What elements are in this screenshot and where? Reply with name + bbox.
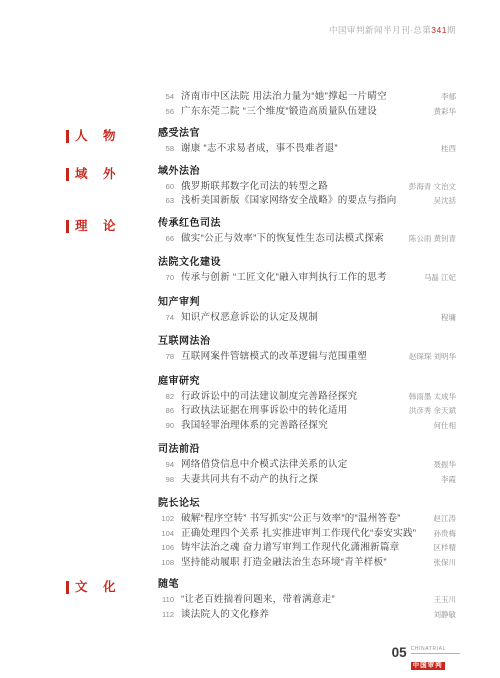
column-subhead: 院长论坛	[158, 497, 456, 510]
column-subhead: 传承红色司法	[158, 217, 456, 230]
page-number: 86	[158, 404, 174, 419]
article-title: 济南市中区法院 用法治力量为“她”撑起一片晴空	[181, 90, 387, 105]
magazine-toc-page: 中国审判新闻半月刊·总第341期 54 济南市中区法院 用法治力量为“她”撑起一…	[0, 0, 500, 678]
article-title: 夫妻共同共有不动产的执行之探	[181, 473, 318, 488]
section-people: 人 物 感受法官 58 谢康 “志不求易者成，事不畏难者退” 桂西	[66, 127, 456, 157]
page-number: 94	[158, 458, 174, 473]
toc-row: 56 广东东莞二院 “三个维度”锻造高质量队伍建设 黄彩华	[158, 105, 456, 120]
section-label-spacer	[66, 90, 158, 119]
article-title: 正确处理四个关系 扎实推进审判工作现代化“泰安实践”	[181, 527, 416, 542]
article-title: 广东东莞二院 “三个维度”锻造高质量队伍建设	[181, 105, 377, 120]
column-subhead: 知产审判	[158, 296, 456, 309]
section-overseas: 域 外 域外法治 60 俄罗斯联邦数字化司法的转型之路 彭海青 文治文 63 浅…	[66, 165, 456, 209]
section-label: 域 外	[66, 168, 121, 181]
article-title: “让老百姓揣着问题来，带着满意走”	[181, 593, 335, 608]
page-number: 58	[158, 142, 174, 157]
journal-title-text: 中国审判新闻半月刊·总第	[329, 25, 431, 35]
toc-row: 86 行政执法证据在刑事诉讼中的转化适用 洪彦秀 余天斌	[158, 404, 456, 419]
column-subhead: 域外法治	[158, 165, 456, 178]
column-subhead: 庭审研究	[158, 375, 456, 388]
article-title: 谈法院人的文化修养	[181, 608, 269, 623]
article-authors: 何仕相	[424, 419, 457, 434]
article-title: 谢康 “志不求易者成，事不畏难者退”	[181, 142, 338, 157]
article-title: 做实“公正与效率”下的恢复性生态司法模式探索	[181, 232, 384, 247]
page-number: 56	[158, 105, 174, 120]
article-authors: 李霞	[431, 473, 456, 488]
article-authors: 洪彦秀 余天斌	[399, 404, 456, 419]
journal-header-line: 中国审判新闻半月刊·总第341期	[329, 24, 456, 36]
article-title: 行政诉讼中的司法建议制度完善路径探究	[181, 390, 357, 405]
section-label: 人 物	[66, 130, 121, 143]
toc-row: 108 坚持能动履职 打造金融法治生态环境“青羊样板” 张保川	[158, 556, 456, 571]
article-authors: 区样精	[424, 541, 457, 556]
article-authors: 黄彩华	[424, 105, 457, 120]
column-subhead: 法院文化建设	[158, 256, 456, 269]
toc-row: 78 互联网案件管辖模式的改革逻辑与范围重塑 赵琛琛 刘明华	[158, 350, 456, 365]
column-subhead: 感受法官	[158, 127, 456, 140]
page-number: 78	[158, 350, 174, 365]
article-title: 俄罗斯联邦数字化司法的转型之路	[181, 180, 328, 195]
article-title: 浅析美国新版《国家网络安全战略》的要点与指向	[181, 194, 397, 209]
section-label: 文 化	[66, 581, 121, 594]
page-number: 102	[158, 512, 174, 527]
article-title: 我国轻罪治理体系的完善路径探究	[181, 419, 328, 434]
china-trial-logo: CHINATRIAL 中国审判	[411, 646, 460, 672]
article-authors: 桂西	[431, 142, 456, 157]
toc-row: 112 谈法院人的文化修养 刘静敏	[158, 608, 456, 623]
toc-row: 54 济南市中区法院 用法治力量为“她”撑起一片晴空 李郁	[158, 90, 456, 105]
article-authors: 赵江涛	[424, 512, 457, 527]
page-number: 63	[158, 194, 174, 209]
page-number: 106	[158, 541, 174, 556]
article-authors: 吴沈括	[424, 194, 457, 209]
article-authors: 彭海青 文治文	[399, 180, 456, 195]
column-subhead: 司法前沿	[158, 443, 456, 456]
issue-number: 341	[431, 25, 447, 35]
page-number: 108	[158, 556, 174, 571]
article-title: 网络借贷信息中介模式法律关系的认定	[181, 458, 348, 473]
section-continuation: 54 济南市中区法院 用法治力量为“她”撑起一片晴空 李郁 56 广东东莞二院 …	[66, 90, 456, 119]
article-authors: 张保川	[424, 556, 457, 571]
page-number: 82	[158, 390, 174, 405]
page-number: 110	[158, 593, 174, 608]
section-label: 理 论	[66, 220, 121, 233]
page-number: 54	[158, 90, 174, 105]
table-of-contents: 54 济南市中区法院 用法治力量为“她”撑起一片晴空 李郁 56 广东东莞二院 …	[66, 90, 456, 630]
toc-row: 82 行政诉讼中的司法建议制度完善路径探究 韩雨墨 太成华	[158, 390, 456, 405]
article-authors: 程墉	[431, 311, 456, 326]
toc-row: 110 “让老百姓揣着问题来，带着满意走” 王玉川	[158, 593, 456, 608]
section-culture: 文 化 随笔 110 “让老百姓揣着问题来，带着满意走” 王玉川 112 谈法院…	[66, 578, 456, 622]
toc-row: 63 浅析美国新版《国家网络安全战略》的要点与指向 吴沈括	[158, 194, 456, 209]
toc-row: 60 俄罗斯联邦数字化司法的转型之路 彭海青 文治文	[158, 180, 456, 195]
article-authors: 李郁	[431, 90, 456, 105]
toc-row: 90 我国轻罪治理体系的完善路径探究 何仕相	[158, 419, 456, 434]
page-number: 90	[158, 419, 174, 434]
toc-row: 70 传承与创新 “工匠文化”融入审判执行工作的思考 马磊 江妃	[158, 271, 456, 286]
article-authors: 马磊 江妃	[414, 271, 456, 286]
page-number: 98	[158, 473, 174, 488]
page-number: 70	[158, 271, 174, 286]
article-title: 行政执法证据在刑事诉讼中的转化适用	[181, 404, 348, 419]
article-title: 传承与创新 “工匠文化”融入审判执行工作的思考	[181, 271, 387, 286]
page-footer: 05 CHINATRIAL 中国审判	[392, 646, 460, 672]
page-number: 104	[158, 527, 174, 542]
article-authors: 韩雨墨 太成华	[399, 390, 456, 405]
toc-row: 94 网络借贷信息中介模式法律关系的认定 聂振华	[158, 458, 456, 473]
toc-row: 102 破解“程序空转” 书写抓实“公正与效率”的“温州答卷” 赵江涛	[158, 512, 456, 527]
toc-row: 66 做实“公正与效率”下的恢复性生态司法模式探索 陈公雨 黄钊青	[158, 232, 456, 247]
page-number: 74	[158, 311, 174, 326]
article-title: 破解“程序空转” 书写抓实“公正与效率”的“温州答卷”	[181, 512, 401, 527]
column-subhead: 互联网法治	[158, 335, 456, 348]
folio-page-number: 05	[392, 646, 407, 659]
article-authors: 刘静敏	[424, 608, 457, 623]
toc-row: 104 正确处理四个关系 扎实推进审判工作现代化“泰安实践” 孙贵梅	[158, 527, 456, 542]
article-title: 坚持能动履职 打造金融法治生态环境“青羊样板”	[181, 556, 387, 571]
issue-suffix: 期	[447, 25, 456, 35]
article-authors: 王玉川	[424, 593, 457, 608]
column-subhead: 随笔	[158, 578, 456, 591]
article-title: 铸牢法治之魂 奋力谱写审判工作现代化潇湘新篇章	[181, 541, 400, 556]
article-authors: 聂振华	[424, 458, 457, 473]
section-theory: 理 论 传承红色司法 66 做实“公正与效率”下的恢复性生态司法模式探索 陈公雨…	[66, 217, 456, 571]
article-authors: 孙贵梅	[424, 527, 457, 542]
toc-row: 106 铸牢法治之魂 奋力谱写审判工作现代化潇湘新篇章 区样精	[158, 541, 456, 556]
article-title: 互联网案件管辖模式的改革逻辑与范围重塑	[181, 350, 367, 365]
logo-chinese-text: 中国审判	[411, 662, 445, 670]
toc-row: 98 夫妻共同共有不动产的执行之探 李霞	[158, 473, 456, 488]
page-number: 112	[158, 608, 174, 623]
article-authors: 陈公雨 黄钊青	[399, 232, 456, 247]
article-title: 知识产权恶意诉讼的认定及规制	[181, 311, 318, 326]
logo-english-text: CHINATRIAL	[411, 646, 460, 654]
toc-row: 58 谢康 “志不求易者成，事不畏难者退” 桂西	[158, 142, 456, 157]
page-number: 66	[158, 232, 174, 247]
article-authors: 赵琛琛 刘明华	[399, 350, 456, 365]
page-number: 60	[158, 180, 174, 195]
toc-row: 74 知识产权恶意诉讼的认定及规制 程墉	[158, 311, 456, 326]
